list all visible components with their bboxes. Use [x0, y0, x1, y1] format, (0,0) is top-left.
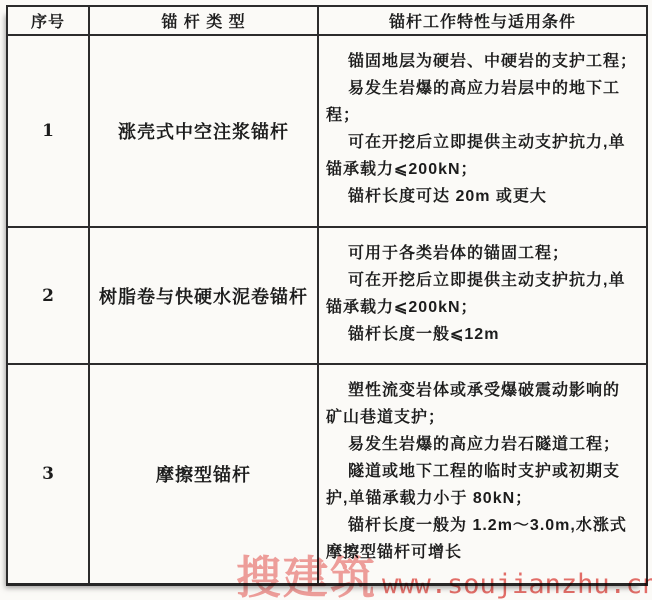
feature-line: 塑性流变岩体或承受爆破震动影响的 — [326, 377, 640, 404]
feature-line: 可在开挖后立即提供主动支护抗力,单 — [326, 267, 640, 294]
row-number-cell: 3 — [7, 364, 89, 584]
feature-line: 锚承载力⩽200kN； — [326, 156, 640, 183]
feature-line: 隧道或地下工程的临时支护或初期支 — [326, 458, 640, 485]
features-cell: 塑性流变岩体或承受爆破震动影响的 矿山巷道支护； 易发生岩爆的高应力岩石隧道工程… — [318, 364, 647, 584]
features-cell: 锚固地层为硬岩、中硬岩的支护工程； 易发生岩爆的高应力岩层中的地下工 程； 可在… — [318, 35, 647, 227]
feature-line: 可用于各类岩体的锚固工程； — [326, 240, 640, 267]
features-cell: 可用于各类岩体的锚固工程； 可在开挖后立即提供主动支护抗力,单 锚承载力⩽200… — [318, 227, 647, 364]
row-number-cell: 1 — [7, 35, 89, 227]
table-row-2: 2 树脂卷与快硬水泥卷锚杆 可用于各类岩体的锚固工程； 可在开挖后立即提供主动支… — [7, 227, 647, 364]
feature-line: 可在开挖后立即提供主动支护抗力,单 — [326, 129, 640, 156]
col-header-features: 锚杆工作特性与适用条件 — [318, 6, 647, 35]
feature-line: 程； — [326, 102, 640, 129]
anchor-type-cell: 树脂卷与快硬水泥卷锚杆 — [89, 227, 318, 364]
feature-line: 摩擦型锚杆可增长 — [326, 539, 640, 566]
anchor-type-cell: 摩擦型锚杆 — [89, 364, 318, 584]
table-row-1: 1 涨壳式中空注浆锚杆 锚固地层为硬岩、中硬岩的支护工程； 易发生岩爆的高应力岩… — [7, 35, 647, 227]
scanned-document-page: 序号 锚 杆 类 型 锚杆工作特性与适用条件 1 涨壳式中空注浆锚杆 锚固地层为… — [0, 0, 652, 600]
feature-line: 锚杆长度一般为 1.2m～3.0m,水涨式 — [326, 512, 640, 539]
anchor-rod-table: 序号 锚 杆 类 型 锚杆工作特性与适用条件 1 涨壳式中空注浆锚杆 锚固地层为… — [6, 5, 648, 586]
feature-line: 锚承载力⩽200kN； — [326, 294, 640, 321]
header-row: 序号 锚 杆 类 型 锚杆工作特性与适用条件 — [7, 6, 647, 35]
feature-line: 锚杆长度可达 20m 或更大 — [326, 183, 640, 210]
table-row-3: 3 摩擦型锚杆 塑性流变岩体或承受爆破震动影响的 矿山巷道支护； 易发生岩爆的高… — [7, 364, 647, 584]
col-header-no: 序号 — [7, 6, 89, 35]
anchor-type-cell: 涨壳式中空注浆锚杆 — [89, 35, 318, 227]
feature-line: 锚杆长度一般⩽12m — [326, 321, 640, 348]
feature-line: 护,单锚承载力小于 80kN； — [326, 485, 640, 512]
feature-line: 矿山巷道支护； — [326, 404, 640, 431]
feature-line: 锚固地层为硬岩、中硬岩的支护工程； — [326, 48, 640, 75]
feature-line: 易发生岩爆的高应力岩石隧道工程； — [326, 431, 640, 458]
feature-line: 易发生岩爆的高应力岩层中的地下工 — [326, 75, 640, 102]
row-number-cell: 2 — [7, 227, 89, 364]
col-header-type: 锚 杆 类 型 — [89, 6, 318, 35]
